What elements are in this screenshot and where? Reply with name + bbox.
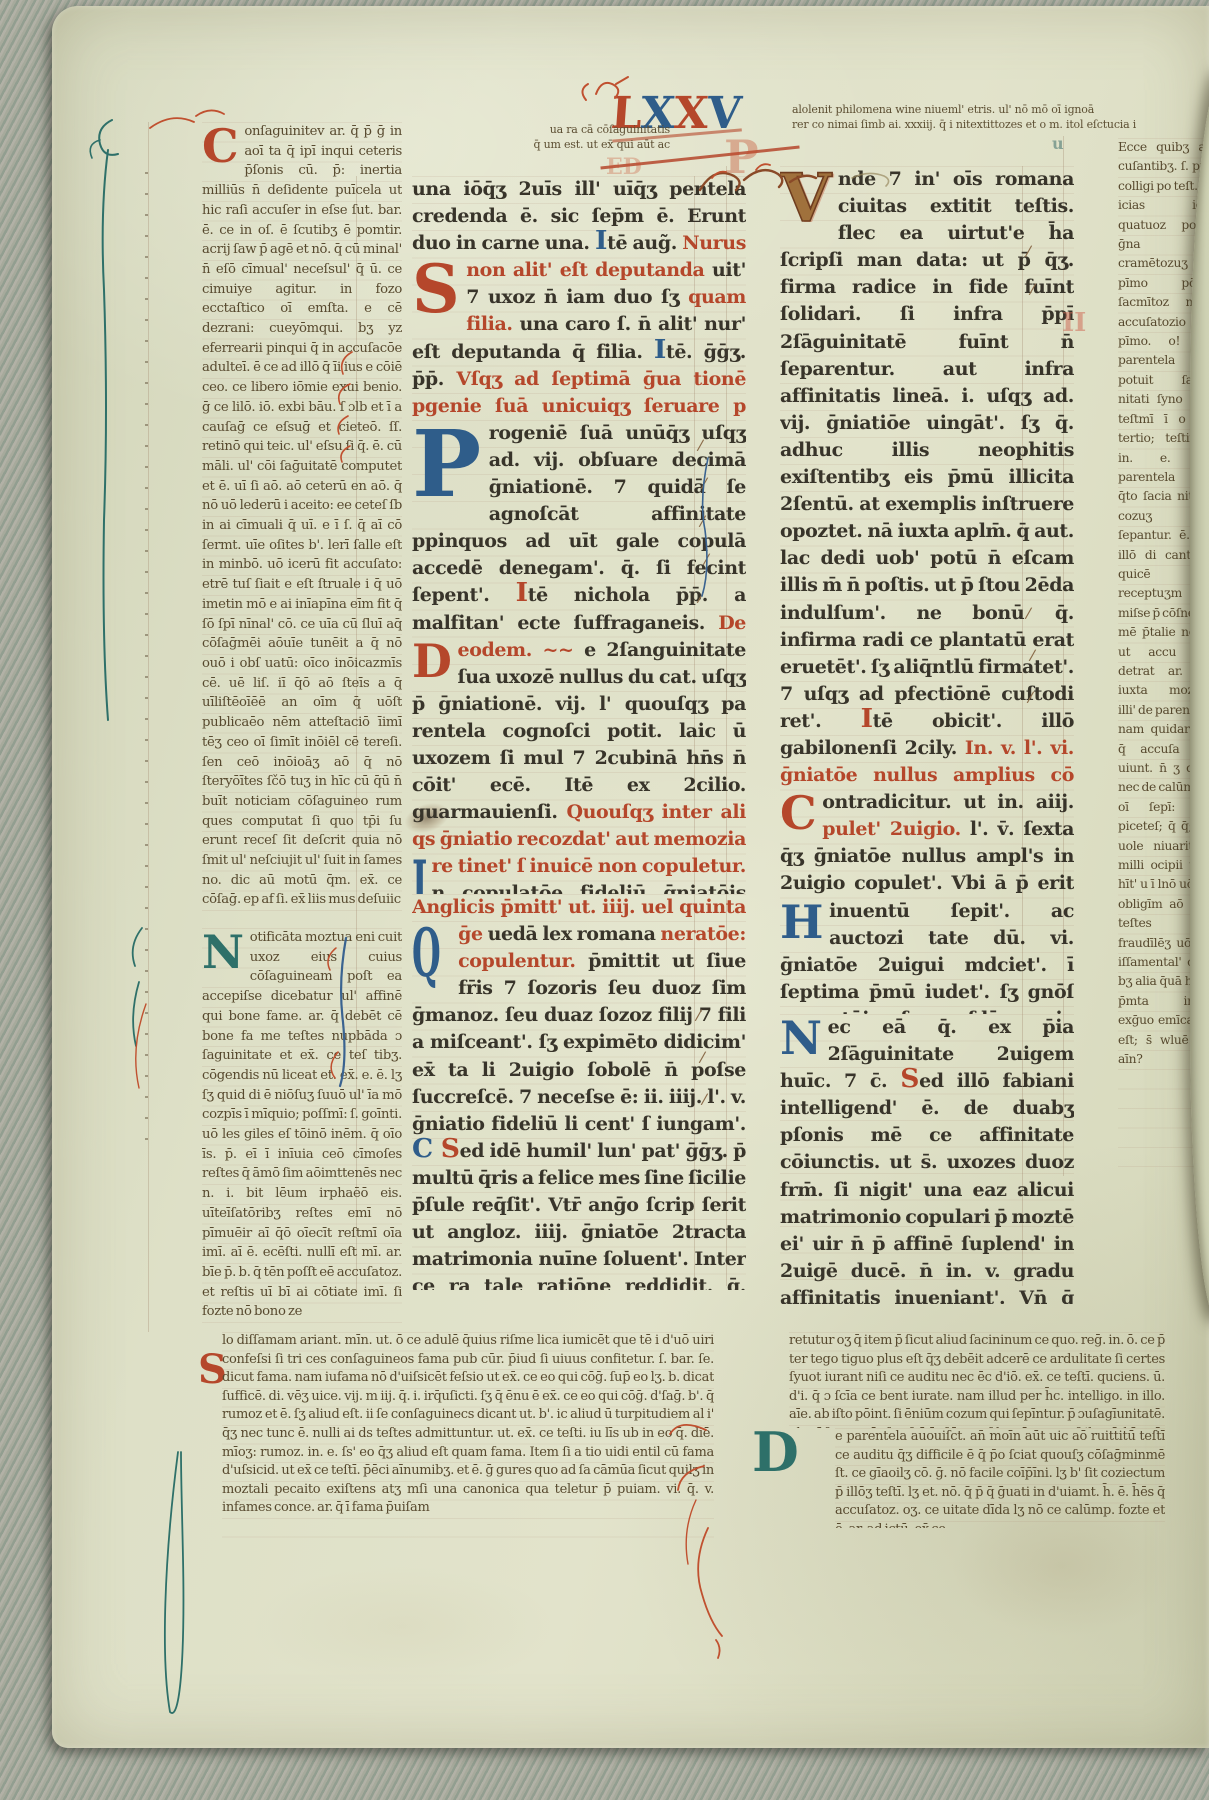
drop-cap-initial: H: [780, 898, 829, 943]
header-gloss: alolenit philomena wine niueml' etris. u…: [792, 102, 1160, 132]
header-gloss-line: q̄ um est. ut ex̄ qui aūt ac: [520, 137, 670, 152]
header-gloss: ua ra cā cōſaguinitatis q̄ um est. ut ex…: [520, 122, 670, 152]
text-run: retutur oʒ q̄ item p̄ ſicut aliud ſacini…: [789, 1333, 1165, 1428]
text-run: e parentela auouiſct. an̄ moīn aūt uic a…: [835, 1429, 1165, 1528]
drop-cap-initial: P: [412, 420, 489, 504]
drop-cap-initial: N: [202, 928, 250, 973]
bottom-gloss-left: lo diſſamam ariant. mīn. ut. ō ce adulē …: [222, 1332, 714, 1542]
text-run: e 2ſanguinitate ſua uxozē nullus du cat.…: [412, 639, 746, 824]
text-run: C: [412, 1133, 441, 1164]
text-run: ontradicitur. ut in. aiij.: [822, 791, 1074, 813]
ruling-line: [148, 122, 149, 1332]
text-run: S: [900, 1063, 919, 1094]
drop-cap-initial: C: [202, 122, 244, 167]
text-run: ed idē humil' lun' pat' ḡḡʒ. p̄ multū q̄…: [412, 1140, 746, 1290]
bottom-gloss-right-lower: e parentela auouiſct. an̄ moīn aūt uic a…: [835, 1428, 1165, 1528]
header-gloss-line: rer co nimai ſimb ai. xxxiij. q̄ i nitex…: [792, 117, 1160, 132]
text-run: I: [654, 334, 666, 365]
text-run: lo diſſamam ariant. mīn. ut. ō ce adulē …: [222, 1333, 714, 1515]
drop-cap-initial: C: [780, 789, 822, 834]
drop-cap-initial: S: [412, 257, 466, 317]
header-gloss-line: ua ra cā cōſaguinitatis: [520, 122, 670, 137]
text-run: onſaguinitev ar. q̄ p̄ ḡ in aoī ta q̄ ip…: [202, 124, 402, 907]
main-column-1-upper: una iōq̄ʒ 2uīs ill' uīq̄ʒ pentela creden…: [412, 176, 746, 894]
drop-cap-initial: V: [780, 166, 838, 226]
main-column-2-lower: Nec eā q̄. ex p̄ia 2ſāguinitate 2uigem h…: [780, 1014, 1074, 1304]
drop-cap-initial: Q: [412, 921, 444, 981]
text-run: ed illō fabiani intelligend' ē. de duabʒ…: [780, 1070, 1074, 1304]
parchment-stain: [252, 1566, 552, 1686]
text-run: Vſqʒ ad ſeptimā ḡua tionē pgenie ſuā uni…: [412, 368, 746, 417]
drop-cap-initial: N: [780, 1014, 828, 1059]
parchment-page: LXXV ua ra cā cōſaguinitatis q̄ um est. …: [52, 6, 1209, 1748]
header-gloss-line: alolenit philomena wine niueml' etris. u…: [792, 102, 1160, 117]
left-gloss-column: Conſaguinitev ar. q̄ p̄ ḡ in aoī ta q̄ i…: [202, 122, 402, 928]
teal-tick-mark: u: [1052, 134, 1064, 153]
text-run: tē aug̃.: [607, 232, 682, 254]
text-run: otificāta moztua eni cuit uxoz eius cuiu…: [202, 930, 402, 1319]
drop-cap-initial: I: [412, 853, 431, 894]
main-column-1-lower: Anglicis p̄mitt' ut. iiij. uel quinta ḡe…: [412, 894, 746, 1290]
next-page-edge: pīta mī lnē ith mī iſir nīn im hat tut u…: [1190, 66, 1209, 1326]
text-run: S: [441, 1133, 460, 1164]
manuscript-photo: LXXV ua ra cā cōſaguinitatis q̄ um est. …: [0, 0, 1209, 1800]
bottom-gloss-right-upper: retutur oʒ q̄ item p̄ ſicut aliud ſacini…: [789, 1332, 1165, 1428]
text-run: I: [595, 225, 607, 256]
text-run: n copulatōe fideliū ḡniatōis numer' n̄ d…: [412, 882, 746, 894]
text-run: pulet' 2uigio.: [822, 818, 970, 840]
text-run: I: [516, 577, 528, 608]
text-run: p̄mittit ut ſiue fr̄is 7 ſozoris ſeu duo…: [412, 950, 746, 1135]
drop-cap-initial: D: [412, 637, 458, 682]
quire-mark-ii: II: [1062, 308, 1086, 338]
bottom-gloss-initial-d: D: [752, 1420, 799, 1484]
text-run: uedā lex romana: [488, 923, 661, 945]
left-gloss-column-lower: Notificāta moztua eni cuit uxoz eius cui…: [202, 928, 402, 1330]
prick-holes: [145, 172, 148, 1147]
text-run: I: [861, 703, 873, 734]
